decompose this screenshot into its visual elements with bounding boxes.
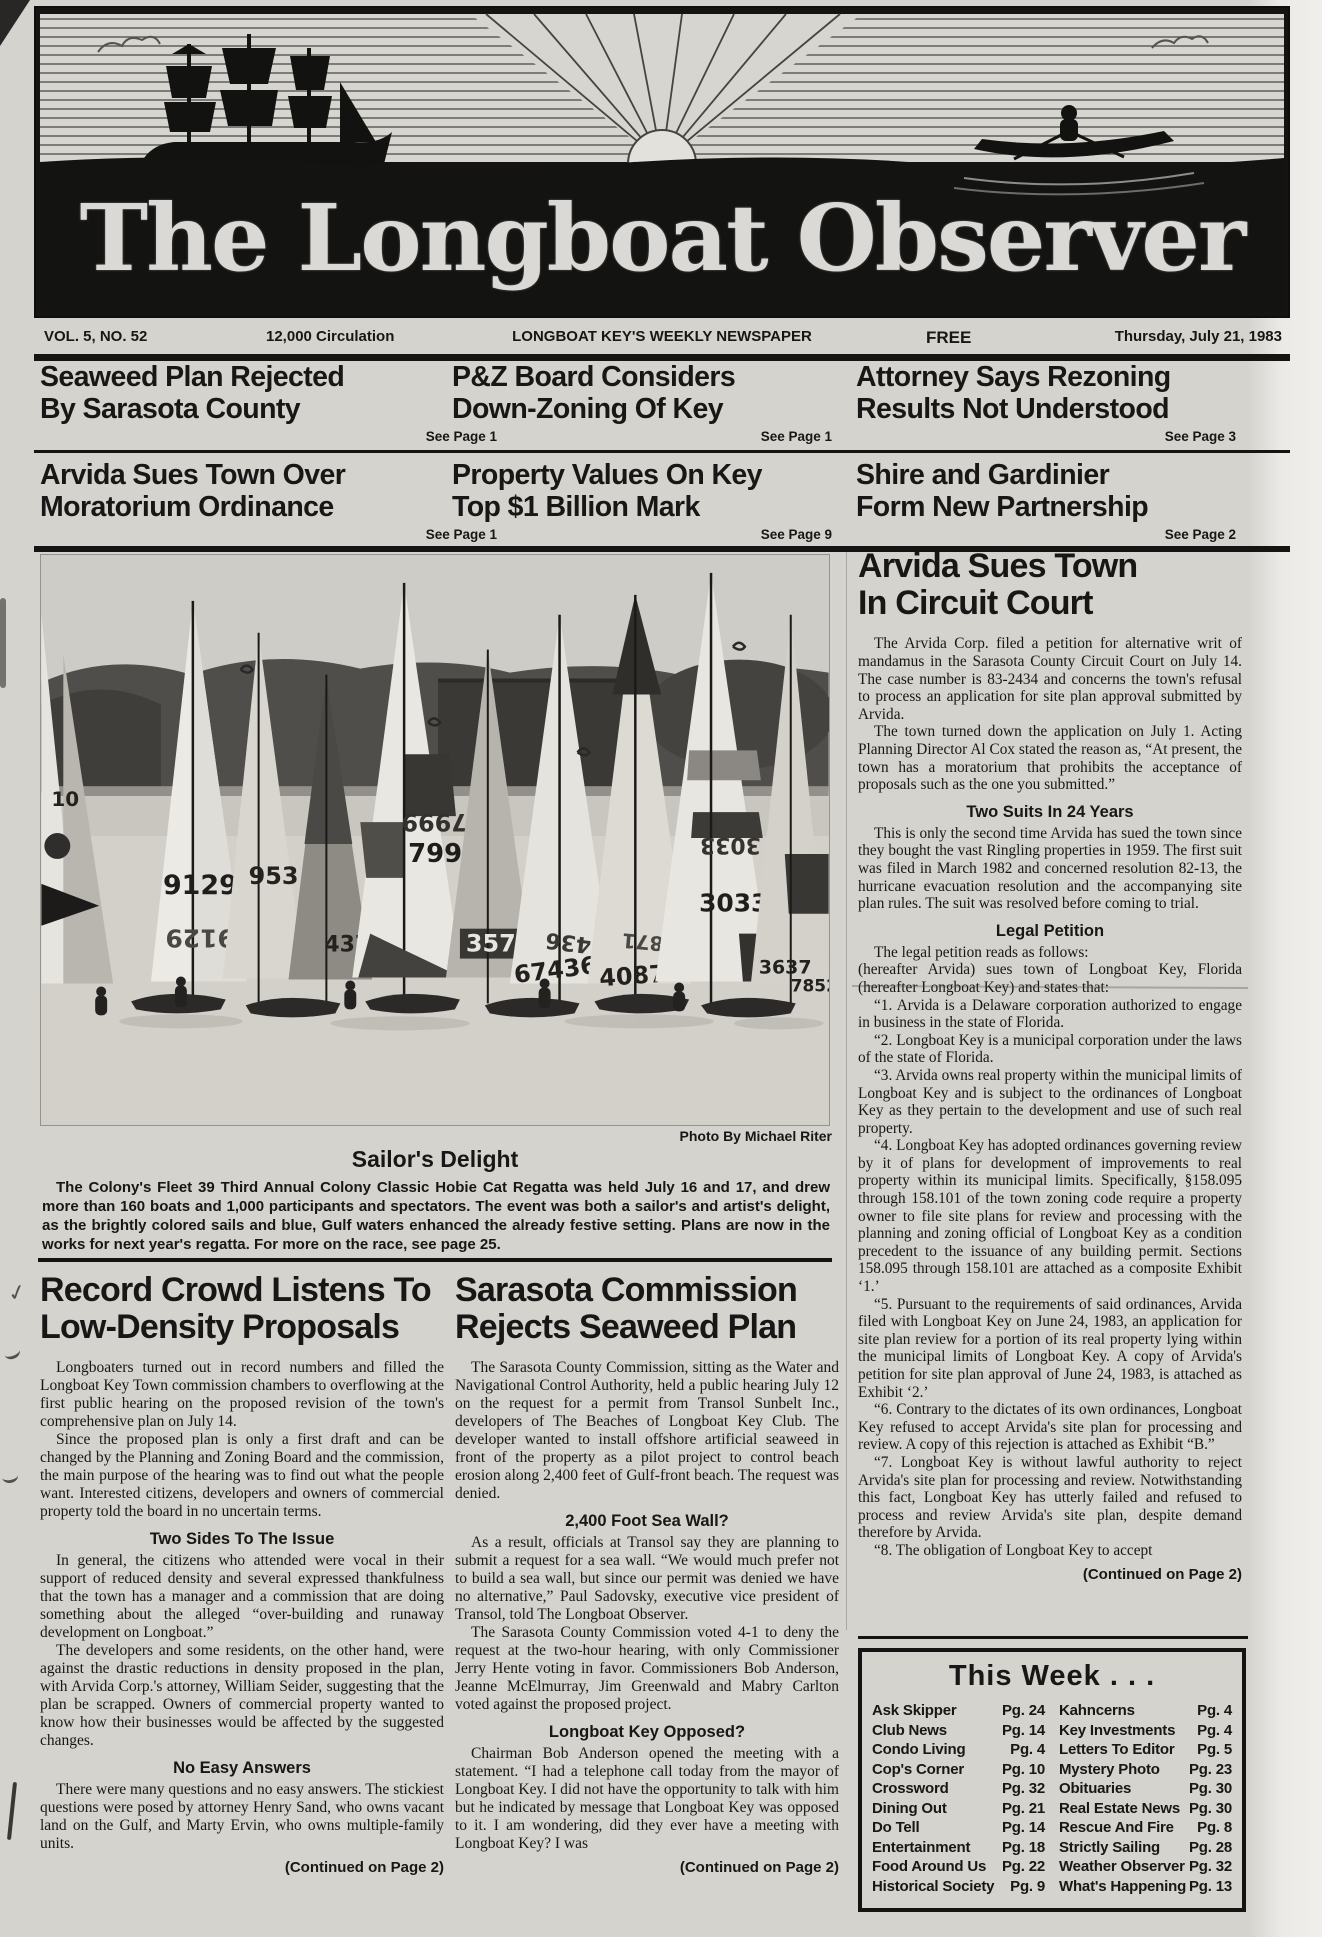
article-paragraph: “8. The obligation of Longboat Key to ac… — [858, 1542, 1242, 1560]
index-page: Pg. 32 — [1002, 1779, 1045, 1799]
index-row: Ask Skipper Pg. 24 — [872, 1701, 1045, 1721]
regatta-photo: 10 9129 9129 953 4376 7999 7999 — [40, 554, 830, 1126]
index-row: What's Happening Pg. 13 — [1059, 1877, 1232, 1897]
teaser-pz-board: P&Z Board Considers Down-Zoning Of Key S… — [452, 362, 832, 444]
index-page: Pg. 24 — [1002, 1701, 1045, 1721]
index-label: Mystery Photo — [1059, 1760, 1160, 1780]
article-paragraph: This is only the second time Arvida has … — [858, 825, 1242, 913]
teaser-page-ref: See Page 1 — [452, 429, 832, 444]
newspaper-title: The Longboat Observer — [34, 192, 1290, 284]
index-row: Food Around Us Pg. 22 — [872, 1857, 1045, 1877]
index-page: Pg. 21 — [1002, 1799, 1045, 1819]
index-label: Obituaries — [1059, 1779, 1131, 1799]
index-page: Pg. 13 — [1189, 1877, 1232, 1897]
article-subhead: Two Suits In 24 Years — [858, 803, 1242, 822]
index-label: Rescue And Fire — [1059, 1818, 1174, 1838]
teaser-headline: Property Values On Key Top $1 Billion Ma… — [452, 460, 832, 524]
article-paragraph: Since the proposed plan is only a first … — [40, 1431, 444, 1521]
index-label: Food Around Us — [872, 1857, 986, 1877]
sail-number-mirrored: 9129 — [165, 924, 234, 953]
index-page: Pg. 4 — [1010, 1740, 1045, 1760]
teaser-headline: Shire and Gardinier Form New Partnership — [856, 460, 1236, 524]
index-label: Ask Skipper — [872, 1701, 957, 1721]
caption-text: The Colony's Fleet 39 Third Annual Colon… — [42, 1178, 830, 1254]
index-page: Pg. 23 — [1189, 1760, 1232, 1780]
sail-number-mirrored: 3033 — [700, 832, 761, 857]
index-page: Pg. 32 — [1189, 1857, 1232, 1877]
sail-number: 953 — [249, 862, 299, 890]
newspaper-front-page: The Longboat Observer VOL. 5, NO. 52 12,… — [0, 0, 1322, 1937]
index-row: Letters To Editor Pg. 5 — [1059, 1740, 1232, 1760]
this-week-box: This Week . . . Ask Skipper Pg. 24 Club … — [858, 1648, 1246, 1912]
sail-number-mirrored: 7999 — [401, 808, 468, 836]
info-bar: VOL. 5, NO. 52 12,000 Circulation LONGBO… — [34, 320, 1290, 361]
index-label: What's Happening — [1059, 1877, 1186, 1897]
index-label: Dining Out — [872, 1799, 947, 1819]
index-page: Pg. 18 — [1002, 1838, 1045, 1858]
teaser-property-values: Property Values On Key Top $1 Billion Ma… — [452, 460, 832, 542]
article-subhead: 2,400 Foot Sea Wall? — [455, 1512, 839, 1531]
index-page: Pg. 9 — [1010, 1877, 1045, 1897]
index-row: Kahncerns Pg. 4 — [1059, 1701, 1232, 1721]
index-label: Historical Society — [872, 1877, 994, 1897]
index-label: Crossword — [872, 1779, 949, 1799]
teaser-attorney-rezoning: Attorney Says Rezoning Results Not Under… — [856, 362, 1236, 444]
index-page: Pg. 5 — [1197, 1740, 1232, 1760]
continued-note: (Continued on Page 2) — [858, 1566, 1242, 1583]
article-seaweed-plan: Sarasota Commission Rejects Seaweed Plan… — [455, 1272, 839, 1876]
index-page: Pg. 30 — [1189, 1799, 1232, 1819]
article-paragraph: “3. Arvida owns real property within the… — [858, 1067, 1242, 1137]
article-headline: Arvida Sues Town In Circuit Court — [858, 548, 1242, 621]
article-paragraph: In general, the citizens who attended we… — [40, 1552, 444, 1642]
index-page: Pg. 30 — [1189, 1779, 1232, 1799]
teaser-headline: Seaweed Plan Rejected By Sarasota County — [40, 362, 497, 426]
index-row: Key Investments Pg. 4 — [1059, 1721, 1232, 1741]
index-row: Entertainment Pg. 18 — [872, 1838, 1045, 1858]
index-row: Crossword Pg. 32 — [872, 1779, 1045, 1799]
index-page: Pg. 28 — [1189, 1838, 1232, 1858]
price: FREE — [926, 328, 971, 348]
article-paragraph: “4. Longboat Key has adopted ordinances … — [858, 1137, 1242, 1295]
scan-pen-mark — [1, 1469, 19, 1485]
caption-title: Sailor's Delight — [40, 1146, 830, 1173]
index-row: Historical Society Pg. 9 — [872, 1877, 1045, 1897]
article-subhead: Two Sides To The Issue — [40, 1530, 444, 1549]
index-label: Condo Living — [872, 1740, 965, 1760]
article-subhead: No Easy Answers — [40, 1759, 444, 1778]
article-paragraph: As a result, officials at Transol say th… — [455, 1534, 839, 1624]
index-label: Letters To Editor — [1059, 1740, 1175, 1760]
index-page: Pg. 22 — [1002, 1857, 1045, 1877]
index-page: Pg. 10 — [1002, 1760, 1045, 1780]
index-title: This Week . . . — [872, 1660, 1232, 1693]
article-paragraph: The Arvida Corp. filed a petition for al… — [858, 635, 1242, 723]
article-paragraph: “6. Contrary to the dictates of its own … — [858, 1401, 1242, 1454]
index-row: Club News Pg. 14 — [872, 1721, 1045, 1741]
teaser-shire-gardinier: Shire and Gardinier Form New Partnership… — [856, 460, 1236, 542]
teaser-page-ref: See Page 2 — [856, 527, 1236, 542]
sail-number: 3033 — [699, 889, 768, 918]
index-row: Obituaries Pg. 30 — [1059, 1779, 1232, 1799]
index-row: Cop's Corner Pg. 10 — [872, 1760, 1045, 1780]
index-row: Strictly Sailing Pg. 28 — [1059, 1838, 1232, 1858]
index-row: Condo Living Pg. 4 — [872, 1740, 1045, 1760]
index-label: Club News — [872, 1721, 947, 1741]
article-paragraph: “5. Pursuant to the requirements of said… — [858, 1296, 1242, 1402]
teaser-page-ref: See Page 1 — [40, 429, 497, 444]
teaser-seaweed-plan: Seaweed Plan Rejected By Sarasota County… — [40, 362, 497, 444]
article-paragraph: Longboaters turned out in record numbers… — [40, 1359, 444, 1431]
article-paragraph: The town turned down the application on … — [858, 723, 1242, 793]
index-page: Pg. 4 — [1197, 1701, 1232, 1721]
index-label: Kahncerns — [1059, 1701, 1135, 1721]
article-paragraph: “1. Arvida is a Delaware corporation aut… — [858, 997, 1242, 1032]
article-paragraph: The Sarasota County Commission voted 4-1… — [455, 1624, 839, 1714]
index-label: Do Tell — [872, 1818, 920, 1838]
article-paragraph: “7. Longboat Key is without lawful autho… — [858, 1454, 1242, 1542]
article-paragraph: The Sarasota County Commission, sitting … — [455, 1359, 839, 1503]
scan-corner-mark — [0, 0, 30, 46]
index-label: Key Investments — [1059, 1721, 1175, 1741]
divider-rule — [38, 1258, 832, 1262]
article-record-crowd: Record Crowd Listens To Low-Density Prop… — [40, 1272, 444, 1876]
index-label: Weather Observer — [1059, 1857, 1185, 1877]
masthead: The Longboat Observer — [34, 6, 1290, 318]
teaser-headline: Arvida Sues Town Over Moratorium Ordinan… — [40, 460, 497, 524]
scan-edge-smudge — [0, 598, 6, 688]
article-paragraph: Chairman Bob Anderson opened the meeting… — [455, 1745, 839, 1853]
index-label: Cop's Corner — [872, 1760, 964, 1780]
index-row: Dining Out Pg. 21 — [872, 1799, 1045, 1819]
article-paragraph: (hereafter Arvida) sues town of Longboat… — [858, 961, 1242, 996]
index-row: Mystery Photo Pg. 23 — [1059, 1760, 1232, 1780]
tagline: LONGBOAT KEY'S WEEKLY NEWSPAPER — [512, 328, 812, 345]
article-headline: Sarasota Commission Rejects Seaweed Plan — [455, 1272, 839, 1345]
sail-number: 10 — [51, 788, 79, 811]
issue-date: Thursday, July 21, 1983 — [1115, 328, 1282, 345]
article-paragraph: The developers and some residents, on th… — [40, 1642, 444, 1750]
continued-note: (Continued on Page 2) — [40, 1859, 444, 1876]
article-paragraph: The legal petition reads as follows: — [858, 944, 1242, 962]
column-rule — [846, 552, 847, 1630]
article-subhead: Longboat Key Opposed? — [455, 1723, 839, 1742]
index-column-left: Ask Skipper Pg. 24 Club News Pg. 14 Cond… — [872, 1701, 1045, 1896]
scan-pen-mark: ✓ — [5, 1278, 30, 1308]
article-paragraph: There were many questions and no easy an… — [40, 1781, 444, 1853]
scan-pen-mark — [2, 1344, 21, 1362]
article-subhead: Legal Petition — [858, 922, 1242, 941]
index-label: Real Estate News — [1059, 1799, 1180, 1819]
index-row: Rescue And Fire Pg. 8 — [1059, 1818, 1232, 1838]
teaser-headline: P&Z Board Considers Down-Zoning Of Key — [452, 362, 832, 426]
index-row: Weather Observer Pg. 32 — [1059, 1857, 1232, 1877]
index-label: Entertainment — [872, 1838, 970, 1858]
teaser-page-ref: See Page 9 — [452, 527, 832, 542]
article-paragraph: “2. Longboat Key is a municipal corporat… — [858, 1032, 1242, 1067]
index-column-right: Kahncerns Pg. 4 Key Investments Pg. 4 Le… — [1059, 1701, 1232, 1896]
index-page: Pg. 4 — [1197, 1721, 1232, 1741]
index-label: Strictly Sailing — [1059, 1838, 1160, 1858]
index-page: Pg. 14 — [1002, 1818, 1045, 1838]
divider-rule — [34, 450, 1290, 453]
index-row: Real Estate News Pg. 30 — [1059, 1799, 1232, 1819]
scan-pen-stroke — [7, 1782, 17, 1840]
sail-number: 7852 — [791, 975, 829, 995]
teaser-headline: Attorney Says Rezoning Results Not Under… — [856, 362, 1236, 426]
circulation: 12,000 Circulation — [266, 328, 394, 345]
index-page: Pg. 8 — [1197, 1818, 1232, 1838]
article-arvida-sues: Arvida Sues Town In Circuit Court The Ar… — [858, 548, 1242, 1583]
sail-number: 9129 — [163, 870, 238, 901]
continued-note: (Continued on Page 2) — [455, 1859, 839, 1876]
teaser-arvida-sues: Arvida Sues Town Over Moratorium Ordinan… — [40, 460, 497, 542]
teaser-page-ref: See Page 3 — [856, 429, 1236, 444]
article-headline: Record Crowd Listens To Low-Density Prop… — [40, 1272, 444, 1345]
photo-credit: Photo By Michael Riter — [540, 1128, 832, 1144]
divider-rule — [858, 1636, 1248, 1639]
index-row: Do Tell Pg. 14 — [872, 1818, 1045, 1838]
index-page: Pg. 14 — [1002, 1721, 1045, 1741]
teaser-page-ref: See Page 1 — [40, 527, 497, 542]
volume-number: VOL. 5, NO. 52 — [44, 328, 147, 345]
